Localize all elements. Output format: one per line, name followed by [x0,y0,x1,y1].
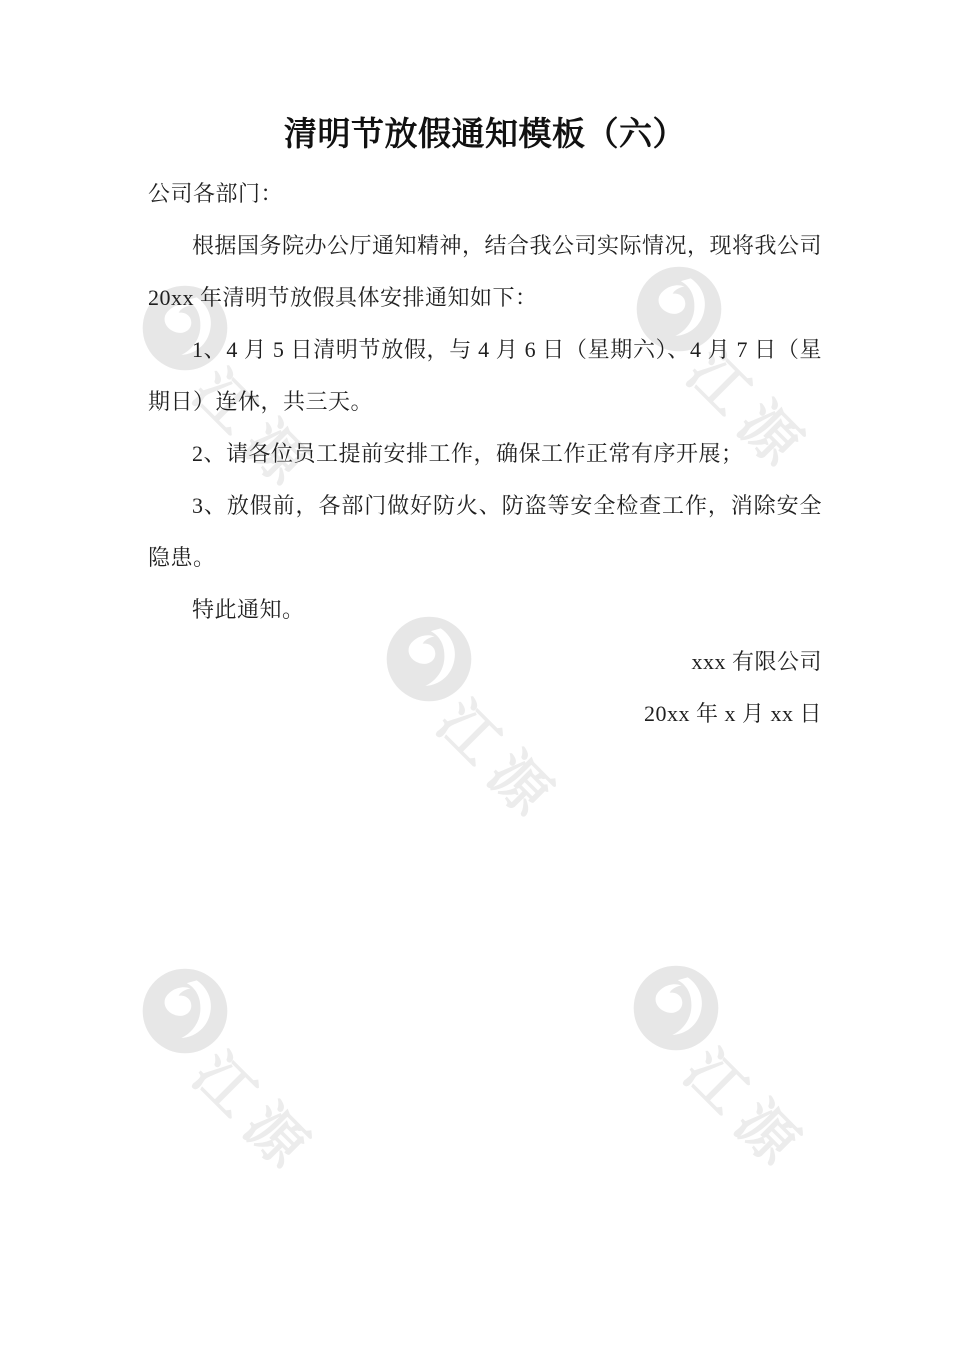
watermark: 江源 [631,963,861,1193]
list-item-3: 3、放假前，各部门做好防火、防盗等安全检查工作，消除安全隐患。 [148,480,822,584]
intro-paragraph: 根据国务院办公厅通知精神，结合我公司实际情况，现将我公司 20xx 年清明节放假… [148,220,822,324]
notice-document: 清明节放假通知模板（六） 公司各部门： 根据国务院办公厅通知精神，结合我公司实际… [0,0,970,740]
watermark: 江源 [140,966,370,1196]
signature-company: xxx 有限公司 [148,636,822,688]
watermark-text: 江源 [183,1044,326,1187]
document-page: 江源 江源 江源 江源 江源 清明节放假通知 [0,0,970,1371]
list-item-1: 1、4 月 5 日清明节放假，与 4 月 6 日（星期六）、4 月 7 日（星期… [148,324,822,428]
list-item-2: 2、请各位员工提前安排工作，确保工作正常有序开展； [148,428,822,480]
page-title: 清明节放假通知模板（六） [148,110,822,158]
signature-date: 20xx 年 x 月 xx 日 [148,688,822,740]
jiangyuan-logo-icon [140,966,230,1056]
watermark-text: 江源 [674,1041,817,1184]
closing-line: 特此通知。 [148,584,822,636]
salutation: 公司各部门： [148,168,822,220]
jiangyuan-logo-icon [631,963,721,1053]
